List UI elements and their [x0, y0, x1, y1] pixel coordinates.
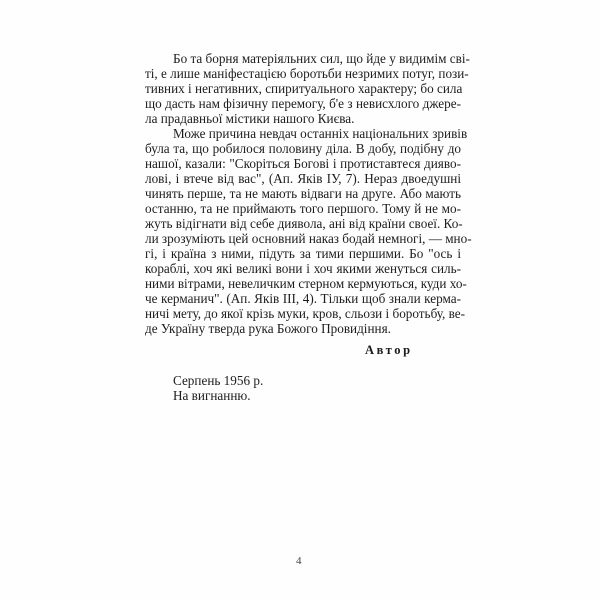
paragraph-2-line-9: гі, і країна з ними, підуть за тими перш…	[145, 246, 461, 261]
paragraph-2-line-3: нашої, казали: "Скоріться Богові і проти…	[145, 156, 461, 171]
paragraph-1-line-2: ті, е лише маніфестацією боротьби незрим…	[145, 66, 461, 81]
paragraph-2-line-10: кораблі, хоч які великі вони і хоч якими…	[145, 261, 461, 276]
paragraph-2-line-2: була та, що робилося половину діла. В до…	[145, 141, 461, 156]
paragraph-1-line-5: ла прадавньої містики нашого Києва.	[145, 111, 461, 126]
document-page: Бо та борня матеріяльних сил, що йде у в…	[0, 0, 600, 600]
paragraph-2-line-13: ничі мету, до якої крізь муки, кров, сль…	[145, 306, 461, 321]
signature: Автор	[365, 343, 413, 358]
paragraph-1-line-3: тивних і негативних, спиритуального хара…	[145, 81, 461, 96]
paragraph-2-line-12: че керманич". (Ап. Яків III, 4). Тільки …	[145, 291, 461, 306]
place-line: На вигнанню.	[173, 388, 251, 403]
paragraph-2-line-6: останню, та не приймають того першого. Т…	[145, 201, 461, 216]
paragraph-2-line-7: жуть відігнати від себе диявола, ані від…	[145, 216, 461, 231]
paragraph-2-line-4: лові, і втече від вас", (Ап. Яків IУ, 7)…	[145, 171, 461, 186]
paragraph-2-line-1: Може причина невдач останніх національни…	[173, 126, 461, 141]
page-number: 4	[296, 555, 302, 567]
paragraph-2-line-11: ними вітрами, невеличким стерном кермуют…	[145, 276, 461, 291]
paragraph-2-line-5: чинять перше, та не мають відваги на дру…	[145, 186, 461, 201]
paragraph-1-line-4: що дасть нам фізичну перемогу, б'е з нев…	[145, 96, 461, 111]
date-line: Серпень 1956 р.	[173, 373, 263, 388]
paragraph-2-line-8: ли зрозуміють цей основний наказ бодай н…	[145, 231, 461, 246]
paragraph-2-line-14: де Україну тверда рука Божого Провидіння…	[145, 321, 461, 336]
paragraph-1-line-1: Бо та борня матеріяльних сил, що йде у в…	[173, 51, 461, 66]
